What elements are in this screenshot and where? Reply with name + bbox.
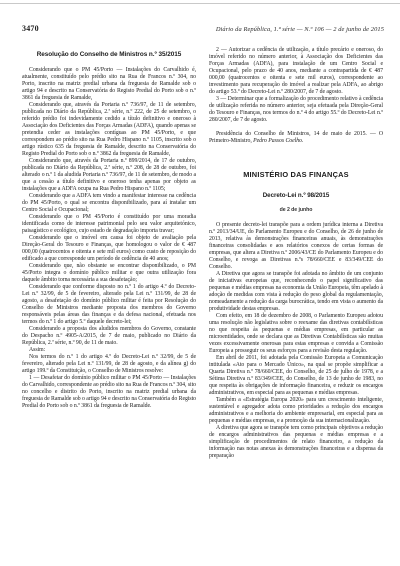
resolution-body-continued: 2 — Autorizar a cedência de utilização, … bbox=[209, 47, 383, 124]
signature-suffix: . bbox=[302, 138, 303, 144]
paragraph: Considerando que a ADFA tem vindo a mani… bbox=[22, 193, 196, 214]
right-column: 2 — Autorizar a cedência de utilização, … bbox=[209, 47, 383, 460]
gazette-page: 3470 Diário da República, 1.ª série — N.… bbox=[0, 0, 400, 566]
top-rule bbox=[0, 3, 400, 4]
paragraph: Assim: bbox=[22, 347, 196, 354]
ministry-heading: MINISTÉRIO DAS FINANÇAS bbox=[209, 170, 383, 179]
paragraph: Considerando a proposta dos aludidos mem… bbox=[22, 326, 196, 347]
decree-body: O presente decreto-lei transpõe para a o… bbox=[209, 222, 383, 460]
paragraph: 1 — Desafetar do domínio público militar… bbox=[22, 375, 196, 410]
paragraph: Considerando que o PM 45/Porto — Instala… bbox=[22, 67, 196, 102]
signature-name: Pedro Passos Coelho bbox=[253, 138, 302, 144]
paragraph: Com efeito, em 18 de dezembro de 2008, o… bbox=[209, 313, 383, 355]
paragraph: Considerando que conforme disposto no n.… bbox=[22, 284, 196, 326]
paragraph: Nos termos do n.º 1 do artigo 4.º do Dec… bbox=[22, 354, 196, 375]
paragraph: Considerando que, não obstante se encont… bbox=[22, 263, 196, 284]
signature: Presidência do Conselho de Ministros, 14… bbox=[209, 131, 383, 145]
paragraph: Considerando que, através da Portaria n.… bbox=[22, 158, 196, 193]
decree-date: de 2 de junho bbox=[209, 207, 383, 214]
journal-title-line: Diário da República, 1.ª série — N.º 106… bbox=[216, 26, 384, 33]
page-header: 3470 Diário da República, 1.ª série — N.… bbox=[22, 24, 384, 33]
two-column-body: Resolução do Conselho de Ministros n.º 3… bbox=[22, 47, 384, 460]
paragraph: Considerando que o PM 45/Porto é constit… bbox=[22, 214, 196, 235]
resolution-title: Resolução do Conselho de Ministros n.º 3… bbox=[22, 51, 196, 59]
paragraph: Considerando que o imóvel em causa foi o… bbox=[22, 235, 196, 263]
paragraph: Considerando que, através da Portaria n.… bbox=[22, 102, 196, 158]
paragraph: Em abril de 2011, foi adotada pela Comis… bbox=[209, 355, 383, 397]
paragraph: A Diretiva que agora se transpõe foi ado… bbox=[209, 271, 383, 313]
paragraph: 2 — Autorizar a cedência de utilização, … bbox=[209, 47, 383, 96]
left-column: Resolução do Conselho de Ministros n.º 3… bbox=[22, 47, 196, 460]
paragraph: Também a «Estratégia Europa 2020» para u… bbox=[209, 397, 383, 425]
resolution-body: Considerando que o PM 45/Porto — Instala… bbox=[22, 67, 196, 410]
paragraph: 3 — Determinar que a formalização do pro… bbox=[209, 96, 383, 124]
page-number: 3470 bbox=[22, 24, 39, 33]
decree-title: Decreto-Lei n.º 98/2015 bbox=[209, 192, 383, 200]
paragraph: A diretiva que agora se transpõe tem com… bbox=[209, 425, 383, 460]
paragraph: O presente decreto-lei transpõe para a o… bbox=[209, 222, 383, 271]
